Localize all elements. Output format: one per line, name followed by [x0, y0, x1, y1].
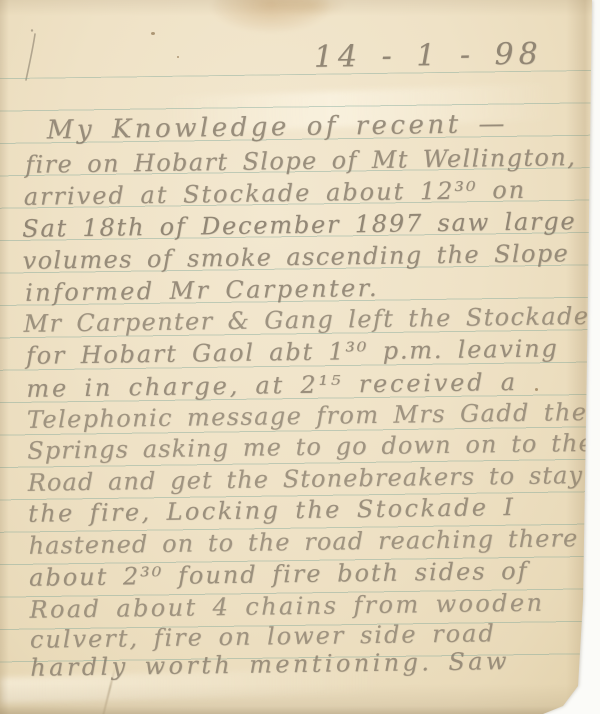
handwritten-line: Mr Carpenter & Gang left the Stockade [23, 302, 589, 338]
handwritten-line: Road about 4 chains from wooden [29, 589, 544, 624]
scan-tilt-layer: 14 - 1 - 98 My Knowledge of recent —fire… [0, 0, 600, 714]
handwritten-line: hardly worth mentioning. Saw [30, 647, 510, 682]
paper-sheet-wrapper: 14 - 1 - 98 My Knowledge of recent —fire… [0, 0, 600, 714]
handwritten-line: informed Mr Carpenter. [25, 274, 379, 307]
handwritten-line: me in charge, at 2¹⁵ received a [26, 368, 518, 403]
handwritten-line: hastened on to the road reaching there [28, 524, 578, 560]
handwritten-line: Road and get the Stonebreakers to stay [28, 461, 584, 497]
handwritten-line: for Hobart Gaol abt 1³⁰ p.m. leaving [26, 334, 559, 369]
handwritten-line: volumes of smoke ascending the Slope [22, 239, 569, 275]
handwritten-line: Sat 18th of December 1897 saw large [22, 207, 577, 243]
handwritten-line: fire on Hobart Slope of Mt Wellington, [25, 143, 576, 179]
handwritten-line: arrived at Stockade about 12³⁰ on [24, 176, 527, 211]
handwriting-layer: 14 - 1 - 98 My Knowledge of recent —fire… [0, 0, 600, 714]
handwritten-line: My Knowledge of recent — [47, 109, 508, 145]
handwritten-line: Springs asking me to go down on to the [27, 429, 594, 465]
paper-sheet: 14 - 1 - 98 My Knowledge of recent —fire… [0, 0, 600, 714]
date-heading: 14 - 1 - 98 [314, 37, 543, 75]
handwritten-line: Telephonic message from Mrs Gadd the [27, 398, 588, 434]
scanned-document: { "page": { "kind": "handwritten diary p… [0, 0, 600, 714]
handwritten-line: about 2³⁰ found fire both sides of [29, 557, 529, 592]
handwritten-line: the fire, Locking the Stockade I [28, 493, 516, 528]
